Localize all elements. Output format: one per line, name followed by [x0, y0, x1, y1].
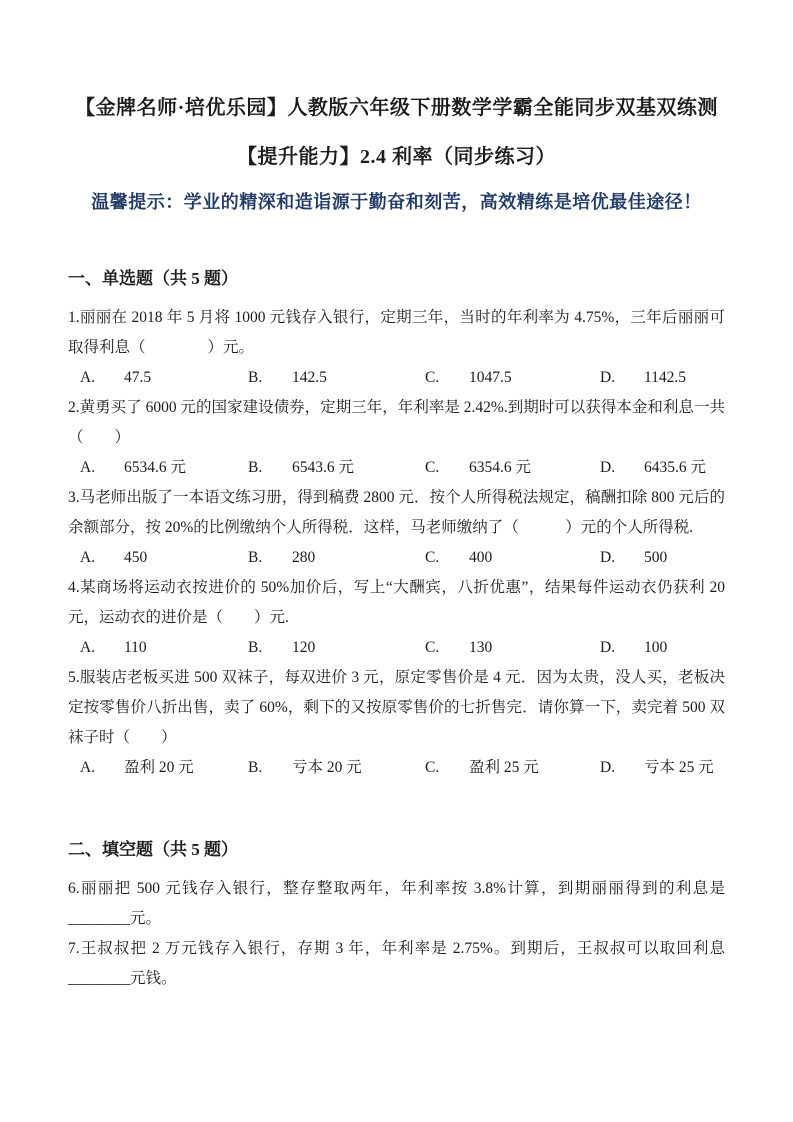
question-3-text: 3.马老师出版了一本语文练习册，得到稿费 2800 元．按个人所得税法规定，稿酬…: [68, 483, 725, 543]
question-4-options: A.110 B.120 C.130 D.100: [68, 633, 725, 663]
option-2b-value: 6543.6 元: [292, 459, 354, 476]
option-1a-value: 47.5: [124, 369, 151, 386]
option-1a: A.47.5: [80, 363, 248, 393]
option-2d-label: D.: [600, 453, 644, 483]
question-5: 5.服装店老板买进 500 双袜子，每双进价 3 元，原定零售价是 4 元．因为…: [68, 663, 725, 783]
question-4-text: 4.某商场将运动衣按进价的 50%加价后，写上“大酬宾，八折优惠”，结果每件运动…: [68, 573, 725, 633]
option-5b: B.亏本 20 元: [248, 753, 425, 783]
question-6: 6.丽丽把 500 元钱存入银行，整存整取两年，年利率按 3.8%计算，到期丽丽…: [68, 874, 725, 934]
section-heading-choice: 一、单选题（共 5 题）: [68, 267, 725, 291]
option-1b-label: B.: [248, 363, 292, 393]
worksheet-page: 【金牌名师·培优乐园】人教版六年级下册数学学霸全能同步双基双练测 【提升能力】2…: [0, 0, 793, 1122]
option-4b: B.120: [248, 633, 425, 663]
question-7: 7.王叔叔把 2 万元钱存入银行，存期 3 年，年利率是 2.75%。到期后，王…: [68, 934, 725, 994]
option-2a-label: A.: [80, 453, 124, 483]
option-2a: A.6534.6 元: [80, 453, 248, 483]
question-3: 3.马老师出版了一本语文练习册，得到稿费 2800 元．按个人所得税法规定，稿酬…: [68, 483, 725, 573]
option-5c-value: 盈利 25 元: [469, 759, 539, 776]
option-4a-label: A.: [80, 633, 124, 663]
option-2d: D.6435.6 元: [600, 453, 725, 483]
question-3-options: A.450 B.280 C.400 D.500: [68, 543, 725, 573]
option-1d-label: D.: [600, 363, 644, 393]
question-2: 2.黄勇买了 6000 元的国家建设债券，定期三年，年利率是 2.42%.到期时…: [68, 393, 725, 483]
option-5a-value: 盈利 20 元: [124, 759, 194, 776]
question-7-text: 7.王叔叔把 2 万元钱存入银行，存期 3 年，年利率是 2.75%。到期后，王…: [68, 934, 725, 994]
option-2c-label: C.: [425, 453, 469, 483]
question-2-text: 2.黄勇买了 6000 元的国家建设债券，定期三年，年利率是 2.42%.到期时…: [68, 393, 725, 453]
option-2c-value: 6354.6 元: [469, 459, 531, 476]
option-4c-label: C.: [425, 633, 469, 663]
option-1b-value: 142.5: [292, 369, 327, 386]
option-3d-label: D.: [600, 543, 644, 573]
option-2a-value: 6534.6 元: [124, 459, 186, 476]
option-2b: B.6543.6 元: [248, 453, 425, 483]
option-4a: A.110: [80, 633, 248, 663]
question-1-options: A.47.5 B.142.5 C.1047.5 D.1142.5: [68, 363, 725, 393]
option-3d: D.500: [600, 543, 725, 573]
option-1a-label: A.: [80, 363, 124, 393]
option-3b-value: 280: [292, 549, 315, 566]
option-1d-value: 1142.5: [644, 369, 686, 386]
option-4c: C.130: [425, 633, 600, 663]
doc-title-line2: 【提升能力】2.4 利率（同步练习）: [68, 145, 725, 169]
option-5b-label: B.: [248, 753, 292, 783]
option-3b-label: B.: [248, 543, 292, 573]
option-4d-label: D.: [600, 633, 644, 663]
option-3a-label: A.: [80, 543, 124, 573]
option-3a-value: 450: [124, 549, 147, 566]
question-1-text: 1.丽丽在 2018 年 5 月将 1000 元钱存入银行，定期三年，当时的年利…: [68, 303, 725, 363]
tip-banner: 温馨提示：学业的精深和造诣源于勤奋和刻苦，高效精练是培优最佳途径！: [68, 190, 725, 214]
option-5c-label: C.: [425, 753, 469, 783]
question-1: 1.丽丽在 2018 年 5 月将 1000 元钱存入银行，定期三年，当时的年利…: [68, 303, 725, 393]
option-3d-value: 500: [644, 549, 667, 566]
option-3a: A.450: [80, 543, 248, 573]
question-2-options: A.6534.6 元 B.6543.6 元 C.6354.6 元 D.6435.…: [68, 453, 725, 483]
option-4c-value: 130: [469, 639, 492, 656]
question-6-text: 6.丽丽把 500 元钱存入银行，整存整取两年，年利率按 3.8%计算，到期丽丽…: [68, 874, 725, 934]
option-5d-label: D.: [600, 753, 644, 783]
option-3c: C.400: [425, 543, 600, 573]
option-4b-value: 120: [292, 639, 315, 656]
option-3b: B.280: [248, 543, 425, 573]
option-1c-label: C.: [425, 363, 469, 393]
option-1c: C.1047.5: [425, 363, 600, 393]
option-3c-label: C.: [425, 543, 469, 573]
question-5-options: A.盈利 20 元 B.亏本 20 元 C.盈利 25 元 D.亏本 25 元: [68, 753, 725, 783]
option-4a-value: 110: [124, 639, 147, 656]
option-5d-value: 亏本 25 元: [644, 759, 714, 776]
option-2d-value: 6435.6 元: [644, 459, 706, 476]
section-heading-fill-blank: 二、填空题（共 5 题）: [68, 838, 725, 862]
option-1c-value: 1047.5: [469, 369, 512, 386]
question-4: 4.某商场将运动衣按进价的 50%加价后，写上“大酬宾，八折优惠”，结果每件运动…: [68, 573, 725, 663]
option-5a-label: A.: [80, 753, 124, 783]
option-4b-label: B.: [248, 633, 292, 663]
option-5b-value: 亏本 20 元: [292, 759, 362, 776]
question-5-text: 5.服装店老板买进 500 双袜子，每双进价 3 元，原定零售价是 4 元．因为…: [68, 663, 725, 753]
option-2c: C.6354.6 元: [425, 453, 600, 483]
option-1d: D.1142.5: [600, 363, 725, 393]
doc-title-line1: 【金牌名师·培优乐园】人教版六年级下册数学学霸全能同步双基双练测: [68, 96, 725, 120]
option-1b: B.142.5: [248, 363, 425, 393]
option-3c-value: 400: [469, 549, 492, 566]
option-5a: A.盈利 20 元: [80, 753, 248, 783]
option-5d: D.亏本 25 元: [600, 753, 725, 783]
option-4d: D.100: [600, 633, 725, 663]
option-4d-value: 100: [644, 639, 667, 656]
option-2b-label: B.: [248, 453, 292, 483]
option-5c: C.盈利 25 元: [425, 753, 600, 783]
